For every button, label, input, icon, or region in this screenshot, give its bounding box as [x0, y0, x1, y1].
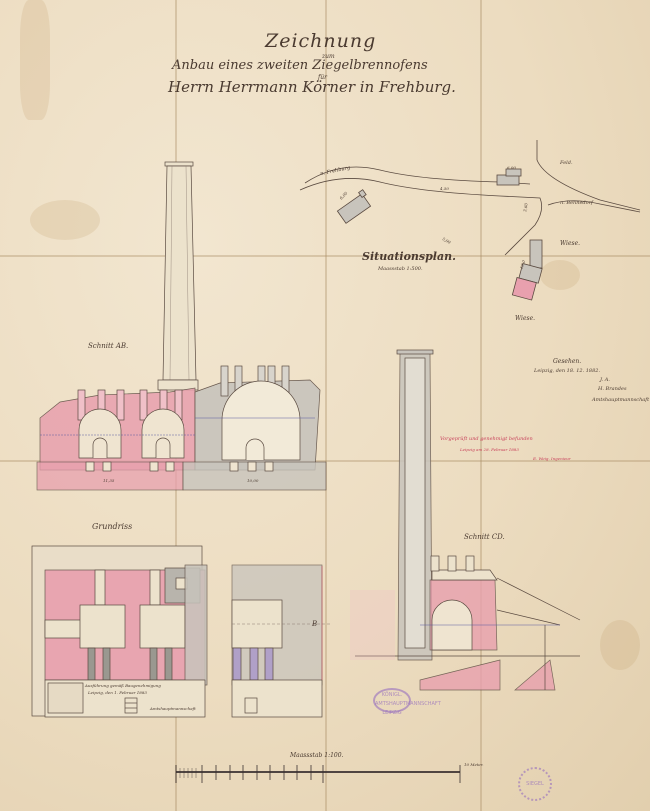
red-annotation-1: Vorgeprüft und genehmigt befunden: [440, 436, 533, 442]
approval-line-1: Gesehen.: [553, 358, 581, 365]
section-ab: [37, 162, 326, 490]
authority-stamp: KÖNIGL. AMTSHAUPTMANNSCHAFT LEIPZIG: [373, 688, 411, 713]
building-label-2: 6,00: [507, 165, 516, 170]
scale-bar-label: Maassstab 1:100.: [290, 752, 343, 759]
section-cd: [350, 350, 580, 690]
section-cd-label: Schnitt CD.: [464, 533, 505, 541]
site-plan-scale: Maassstab 1:500.: [378, 266, 423, 272]
floor-plan: [32, 546, 330, 717]
drawing-sheet: Zeichnung zum Anbau eines zweiten Ziegel…: [0, 0, 650, 811]
scale-bar: [176, 765, 460, 783]
corner-seal: SIEGEL: [518, 767, 552, 801]
floor-plan-signature: Amtshauptmannschaft: [150, 706, 196, 711]
field-label: Feld.: [560, 160, 573, 166]
meadow-label: Wiese.: [560, 240, 580, 247]
floor-plan-note-2: Leipzig, den 1. Februar 1883: [88, 690, 147, 695]
meadow-label-south: Wiese.: [515, 315, 535, 322]
approval-line-2: Leipzig, den 18. 12. 1882.: [534, 368, 600, 374]
floor-plan-note-1: Ausführung gemäß Baugenehmigung: [85, 683, 161, 688]
red-annotation-2: Leipzig am 28. Februar 1883: [460, 447, 519, 452]
road-dimension: 4,50: [440, 186, 449, 191]
approval-line-4: H. Brandes: [598, 386, 627, 392]
floor-plan-label: Grundriss: [92, 522, 132, 531]
site-plan: [300, 140, 640, 301]
section-marker: B: [312, 620, 317, 628]
road-label-east: n. Bennedorf: [560, 200, 593, 206]
section-ab-label: Schnitt AB.: [88, 342, 128, 350]
section-ab-dim-total: 11,35: [103, 478, 114, 483]
approval-line-3: J. A.: [600, 377, 610, 383]
site-plan-title: Situationsplan.: [362, 250, 456, 263]
red-annotation-3: E. Weig. Ingenieur: [533, 456, 571, 461]
scale-bar-end-label: 10 Meter.: [464, 762, 484, 767]
section-ab-dim-right: 10,00: [247, 478, 258, 483]
approval-line-5: Amtshauptmannschaft: [592, 397, 649, 403]
